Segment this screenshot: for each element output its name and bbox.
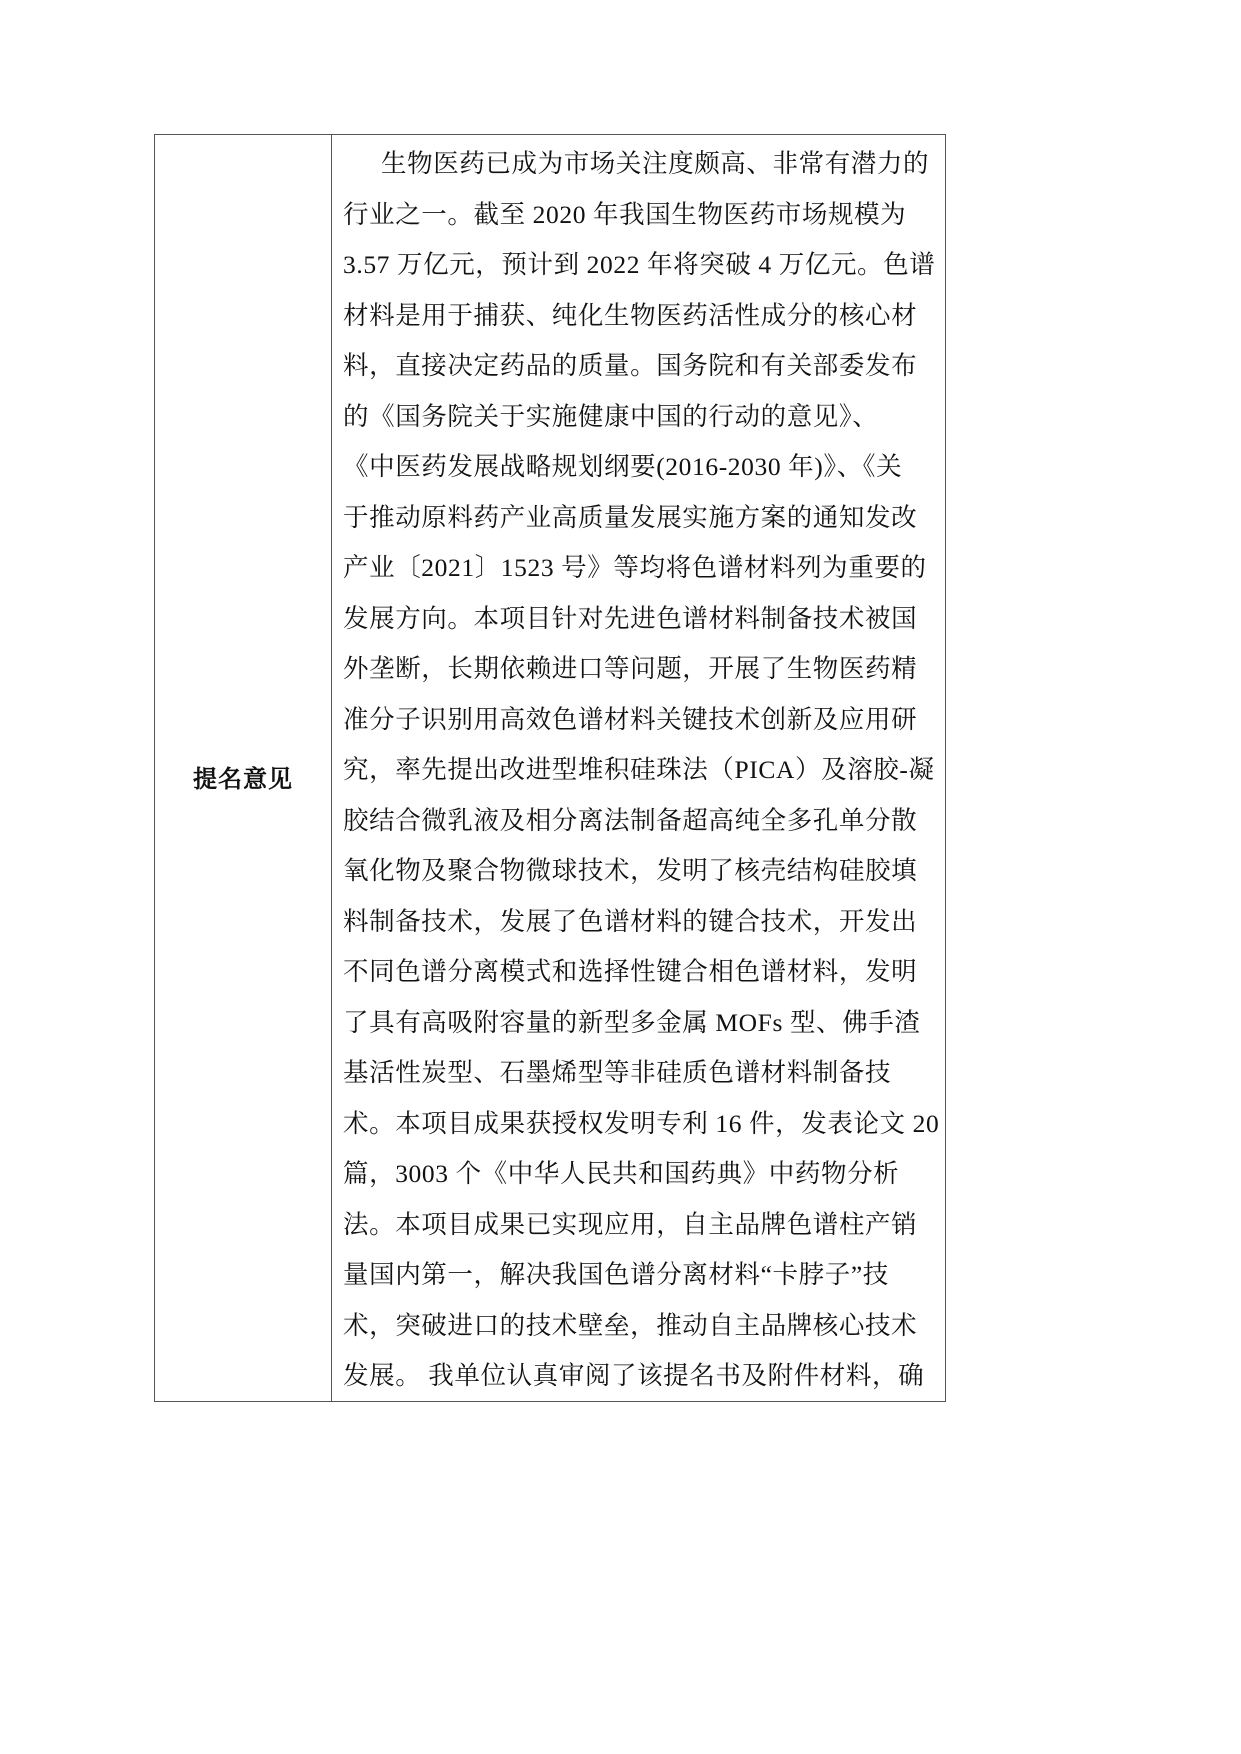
label-cell: 提名意见 xyxy=(155,135,332,1401)
text-line: 行业之一。截至 2020 年我国生物医药市场规模为 xyxy=(343,190,945,241)
text-line: 术，突破进口的技术壁垒，推动自主品牌核心技术 xyxy=(343,1301,945,1352)
text-line: 外垄断，长期依赖进口等问题，开展了生物医药精 xyxy=(343,644,945,695)
text-line: 篇，3003 个《中华人民共和国药典》中药物分析 xyxy=(343,1149,945,1200)
opinion-content-cell: 生物医药已成为市场关注度颇高、非常有潜力的 行业之一。截至 2020 年我国生物… xyxy=(332,135,945,1401)
label-text: 提名意见 xyxy=(193,759,293,794)
text-line: 材料是用于捕获、纯化生物医药活性成分的核心材 xyxy=(343,291,945,342)
text-line: 料，直接决定药品的质量。国务院和有关部委发布 xyxy=(343,341,945,392)
text-line: 术。本项目成果获授权发明专利 16 件，发表论文 20 xyxy=(343,1099,945,1150)
text-line: 不同色谱分离模式和选择性键合相色谱材料，发明 xyxy=(343,947,945,998)
text-line: 了具有高吸附容量的新型多金属 MOFs 型、佛手渣 xyxy=(343,998,945,1049)
text-line: 究，率先提出改进型堆积硅珠法（PICA）及溶胶-凝 xyxy=(343,745,945,796)
text-line: 发展方向。本项目针对先进色谱材料制备技术被国 xyxy=(343,594,945,645)
text-line: 产业〔2021〕1523 号》等均将色谱材料列为重要的 xyxy=(343,543,945,594)
text-line: 发展。 我单位认真审阅了该提名书及附件材料，确 xyxy=(343,1351,945,1402)
text-line: 《中医药发展战略规划纲要(2016-2030 年)》、《关 xyxy=(343,442,945,493)
text-line: 基活性炭型、石墨烯型等非硅质色谱材料制备技 xyxy=(343,1048,945,1099)
text-line: 氧化物及聚合物微球技术，发明了核壳结构硅胶填 xyxy=(343,846,945,897)
text-line: 量国内第一，解决我国色谱分离材料“卡脖子”技 xyxy=(343,1250,945,1301)
text-line: 的《国务院关于实施健康中国的行动的意见》、 xyxy=(343,392,945,443)
text-line: 于推动原料药产业高质量发展实施方案的通知发改 xyxy=(343,493,945,544)
text-line: 胶结合微乳液及相分离法制备超高纯全多孔单分散 xyxy=(343,796,945,847)
nomination-opinion-table: 提名意见 生物医药已成为市场关注度颇高、非常有潜力的 行业之一。截至 2020 … xyxy=(154,134,946,1402)
text-line: 法。本项目成果已实现应用，自主品牌色谱柱产销 xyxy=(343,1200,945,1251)
text-line: 3.57 万亿元，预计到 2022 年将突破 4 万亿元。色谱 xyxy=(343,240,945,291)
text-line: 生物医药已成为市场关注度颇高、非常有潜力的 xyxy=(343,139,945,190)
text-line: 料制备技术，发展了色谱材料的键合技术，开发出 xyxy=(343,897,945,948)
text-line: 准分子识别用高效色谱材料关键技术创新及应用研 xyxy=(343,695,945,746)
